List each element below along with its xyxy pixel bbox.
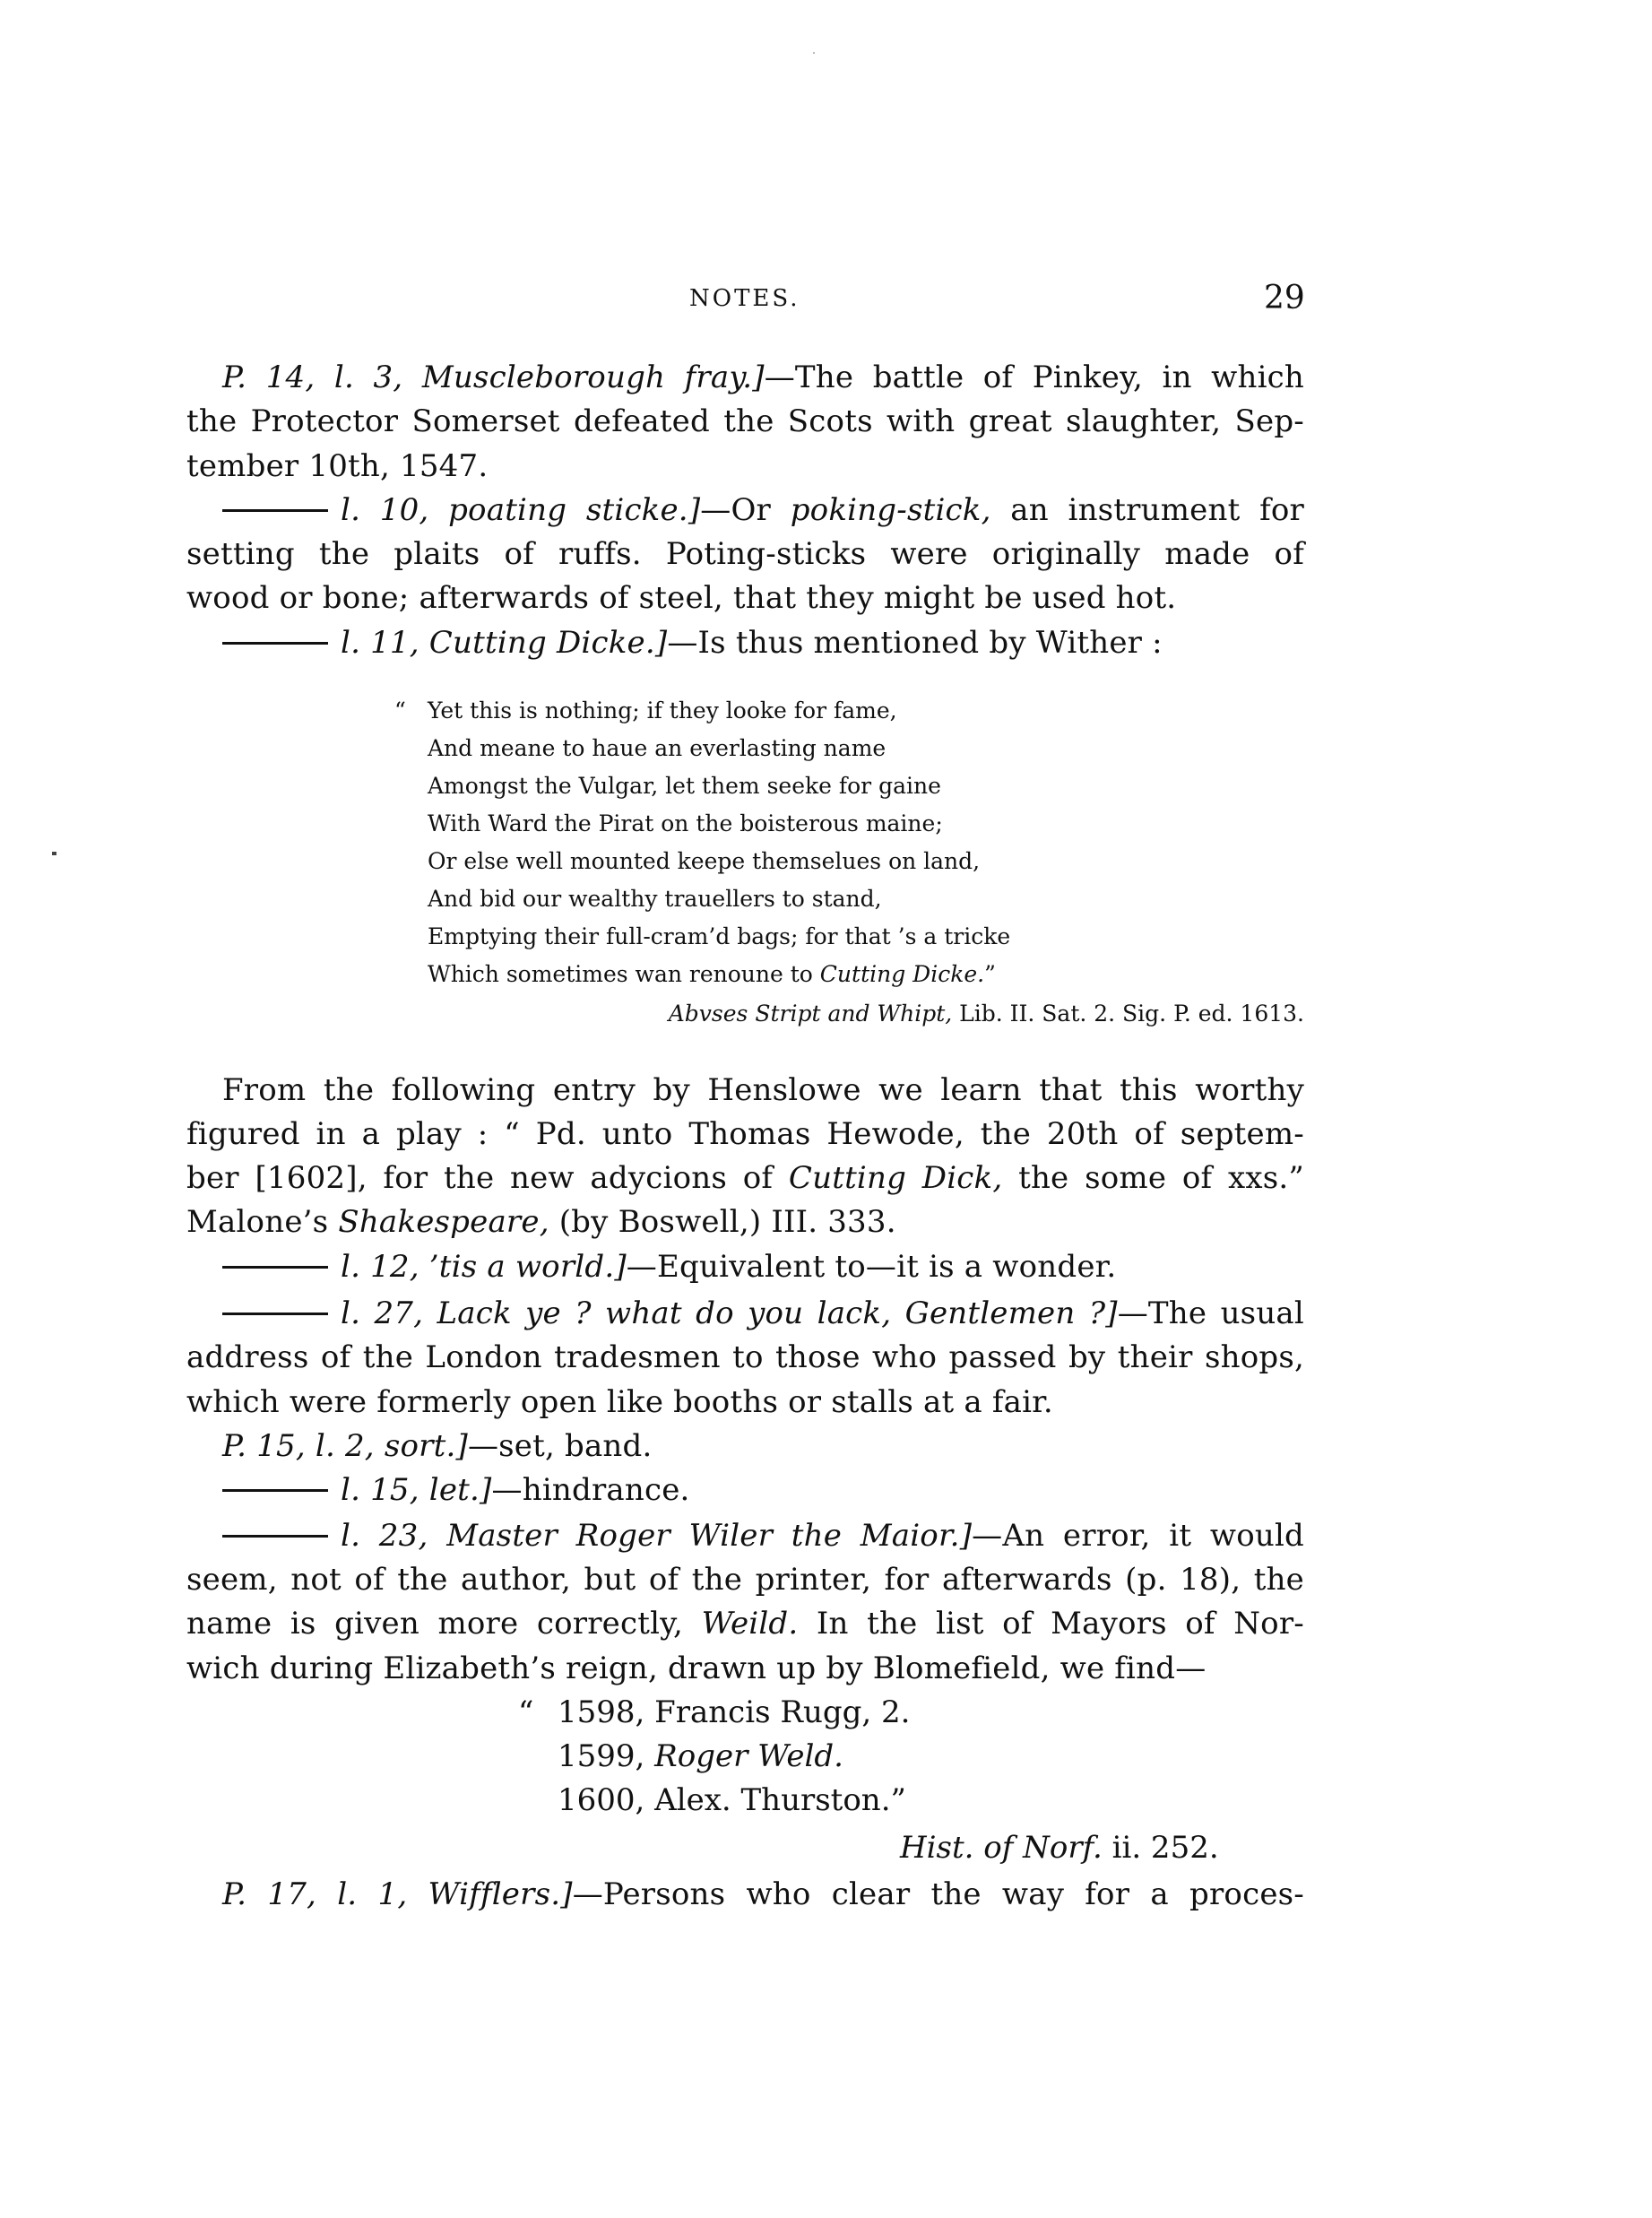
verse-line: With Ward the Pirat on the boisterous ma… (428, 812, 943, 835)
note-p14-l3: P. 14, l. 3, Muscleborough fray.]—The ba… (222, 362, 1304, 398)
mayor-row: 1599, Roger Weld. (558, 1741, 843, 1772)
note-p17-l1: P. 17, l. 1, Wifflers.]—Persons who clea… (222, 1879, 1304, 1915)
mayor-row: 1600, Alex. Thurston.” (558, 1785, 906, 1815)
note-lemma: Cutting Dicke.] (429, 625, 668, 661)
note-l12: l. 12, ’tis a world.]—Equivalent to—it i… (222, 1252, 1116, 1282)
text-line: figured in a play : “ Pd. unto Thomas He… (186, 1119, 1304, 1155)
running-title: NOTES. (689, 285, 800, 312)
text-line: ber [1602], for the new adycions of Cutt… (186, 1163, 1304, 1199)
note-l23: l. 23, Master Roger Wiler the Maior.]—An… (222, 1521, 1304, 1556)
verse-open-quote: “ (394, 699, 406, 722)
list-open-quote: “ (518, 1697, 533, 1728)
verse-line: And meane to haue an everlasting name (428, 737, 886, 759)
note-l10: l. 10, poating sticke.]—Or poking-stick,… (222, 495, 1304, 531)
text-line: wich during Elizabeth’s reign, drawn up … (186, 1653, 1206, 1684)
ditto-dash (222, 509, 328, 512)
verse-line: Emptying their full-cram’d bags; for tha… (428, 925, 1010, 948)
ditto-dash (222, 1535, 328, 1538)
page-number: 29 (1264, 280, 1305, 316)
note-lemma: Muscleborough fray.] (422, 360, 765, 395)
mayor-row: 1598, Francis Rugg, 2. (558, 1697, 910, 1728)
text-line: From the following entry by Henslowe we … (222, 1075, 1304, 1111)
ditto-dash (222, 1489, 328, 1492)
verse-line: Or else well mounted keepe themselues on… (428, 850, 980, 872)
verse-citation: Abvses Stript and Whipt, Lib. II. Sat. 2… (529, 1002, 1304, 1025)
note-l27: l. 27, Lack ye ? what do you lack, Gentl… (222, 1298, 1304, 1334)
text-line: Malone’s Shakespeare, (by Boswell,) III.… (186, 1207, 896, 1237)
verse-line: Amongst the Vulgar, let them seeke for g… (428, 775, 941, 797)
text-line: the Protector Somerset defeated the Scot… (186, 406, 1304, 442)
text-line: address of the London tradesmen to those… (186, 1342, 1304, 1378)
note-lemma: Wifflers.] (428, 1876, 573, 1912)
note-lemma: let.] (429, 1472, 492, 1508)
note-lemma: Lack ye ? what do you lack, Gentlemen ?] (437, 1295, 1117, 1331)
verse-line: And bid our wealthy trauellers to stand, (428, 888, 882, 910)
text-line: seem, not of the author, but of the prin… (186, 1564, 1304, 1600)
note-lemma: sort.] (385, 1428, 468, 1464)
ditto-dash (222, 1266, 328, 1269)
verse-line: Yet this is nothing; if they looke for f… (428, 699, 897, 722)
text-line: setting the plaits of ruffs. Poting-stic… (186, 539, 1304, 575)
text-line: which were formerly open like booths or … (186, 1387, 1053, 1417)
note-l15: l. 15, let.]—hindrance. (222, 1475, 690, 1505)
list-source-citation: Hist. of Norf. ii. 252. (900, 1832, 1219, 1863)
scan-speck (52, 852, 56, 855)
ditto-dash (222, 1313, 328, 1315)
note-lemma: ’tis a world.] (429, 1249, 627, 1285)
text-line: tember 10th, 1547. (186, 451, 488, 481)
text-line: name is given more correctly, Weild. In … (186, 1608, 1304, 1644)
scan-speck (813, 52, 815, 54)
ditto-dash (222, 642, 328, 645)
text-line: wood or bone; afterwards of steel, that … (186, 583, 1176, 613)
note-p15-l2: P. 15, l. 2, sort.]—set, band. (222, 1431, 653, 1461)
note-lemma: poating sticke.] (448, 492, 700, 528)
book-page: NOTES. 29 P. 14, l. 3, Muscleborough fra… (0, 0, 1652, 2218)
note-lemma: Master Roger Wiler the Maior.] (446, 1518, 972, 1554)
note-l11: l. 11, Cutting Dicke.]—Is thus mentioned… (222, 628, 1163, 658)
verse-line: Which sometimes wan renoune to Cutting D… (428, 963, 996, 985)
note-ref: P. 14, l. 3, (222, 360, 402, 395)
